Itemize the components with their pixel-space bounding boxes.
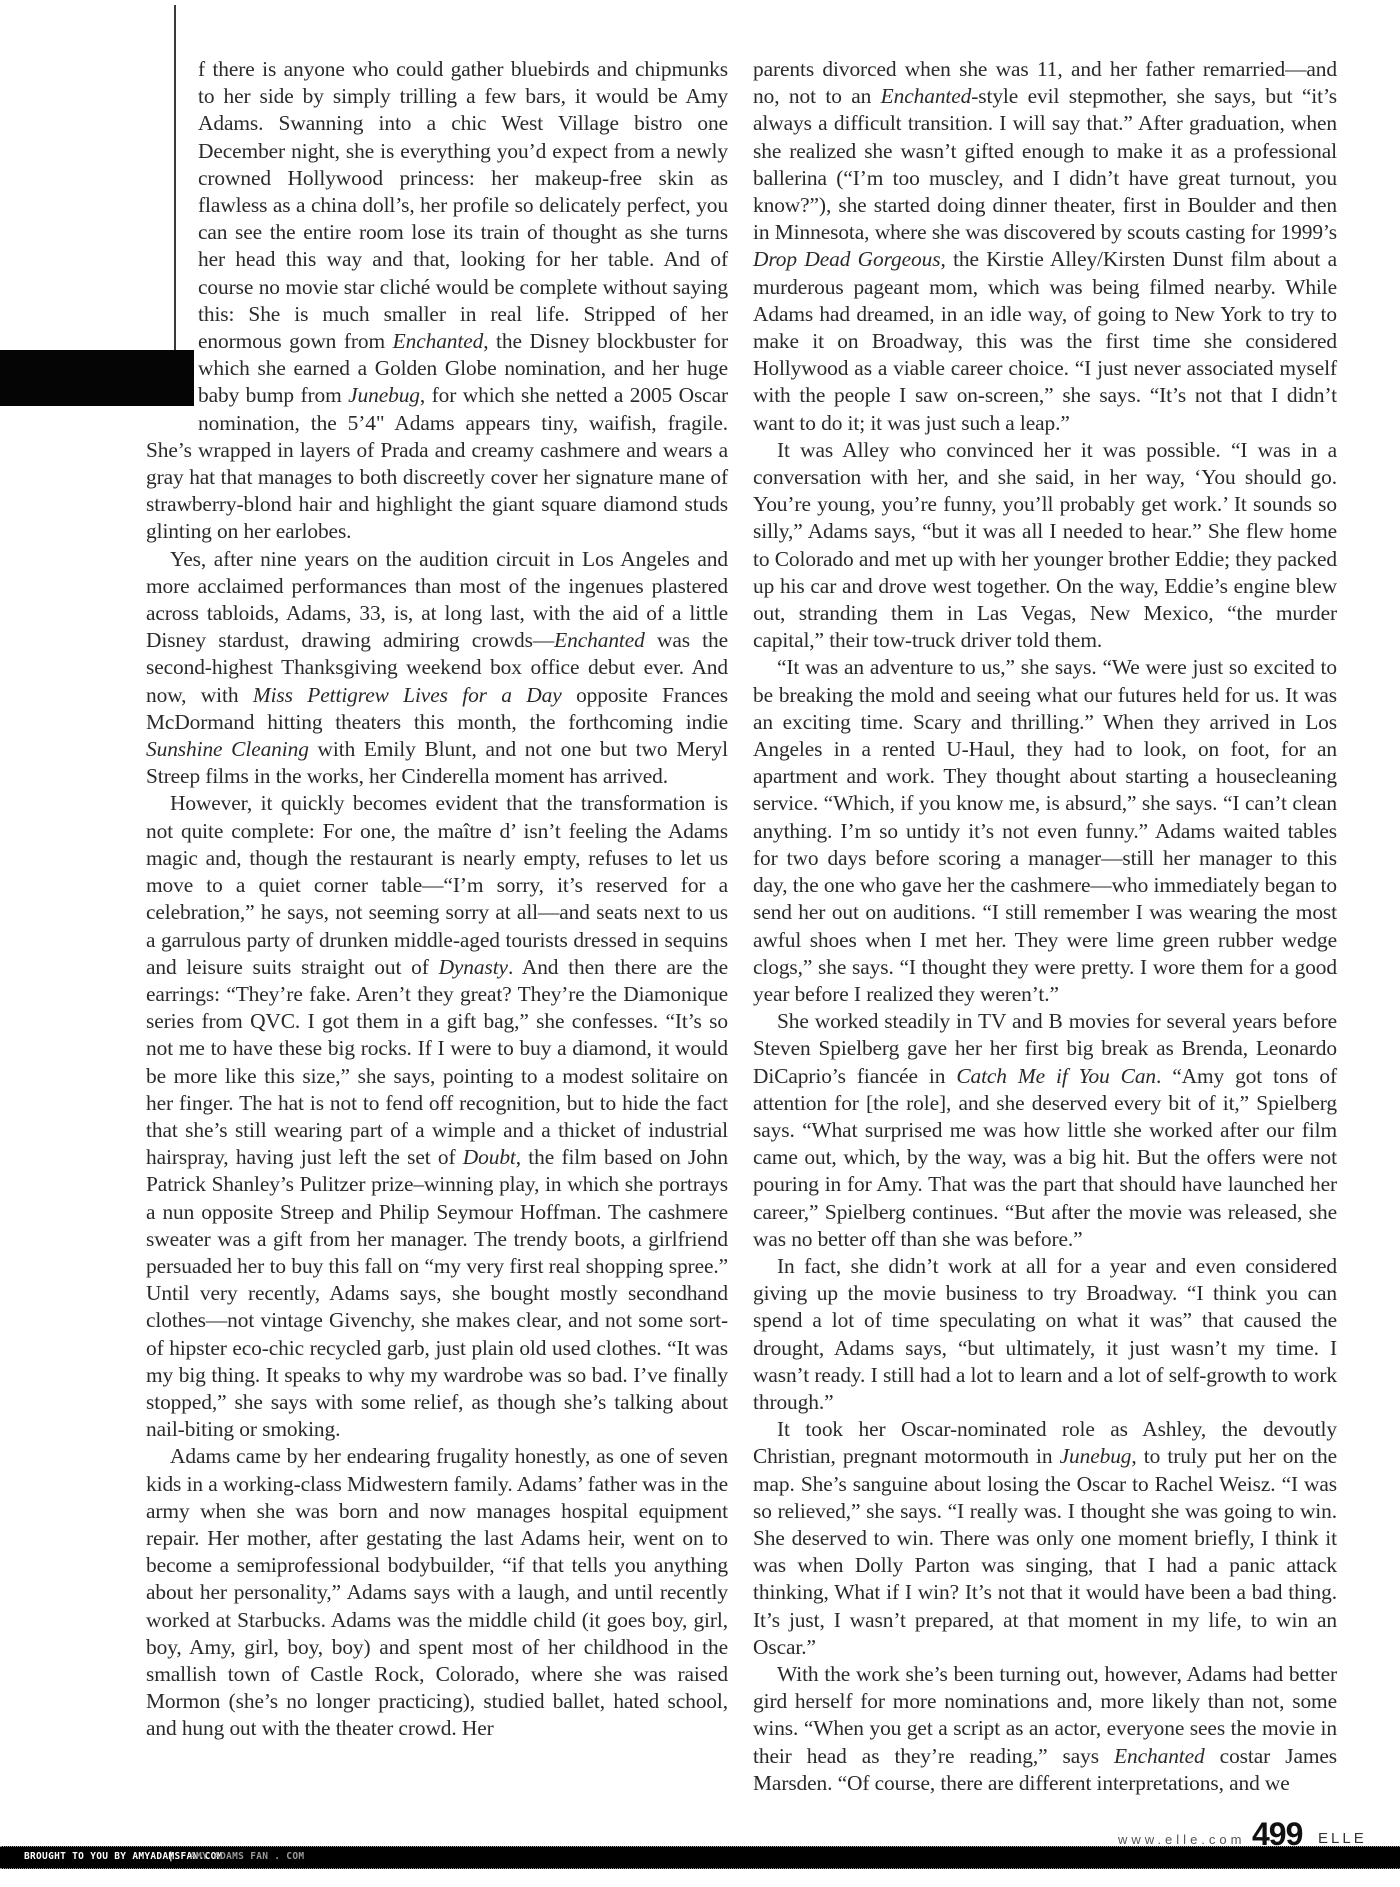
- italic-title: Catch Me if You Can: [956, 1064, 1156, 1088]
- article-paragraph: f there is anyone who could gather blueb…: [146, 56, 728, 546]
- article-paragraph: Adams came by her endearing frugality ho…: [146, 1443, 728, 1742]
- article-column-left: f there is anyone who could gather blueb…: [146, 56, 728, 1743]
- article-paragraph: Yes, after nine years on the audition ci…: [146, 546, 728, 791]
- italic-title: Drop Dead Gorgeous: [753, 247, 940, 271]
- article-paragraph: “It was an adventure to us,” she says. “…: [753, 654, 1337, 1008]
- italic-title: Junebug: [1060, 1444, 1132, 1468]
- italic-title: Enchanted: [393, 329, 484, 353]
- italic-title: Junebug: [348, 383, 420, 407]
- article-paragraph: With the work she’s been turning out, ho…: [753, 1661, 1337, 1797]
- italic-title: Doubt: [463, 1145, 516, 1169]
- drop-cap-space: [146, 56, 198, 410]
- article-paragraph: However, it quickly becomes evident that…: [146, 790, 728, 1443]
- article-paragraph: She worked steadily in TV and B movies f…: [753, 1008, 1337, 1253]
- italic-title: Enchanted: [881, 84, 972, 108]
- italic-title: Dynasty: [439, 955, 508, 979]
- article-paragraph: parents divorced when she was 11, and he…: [753, 56, 1337, 437]
- page-number: 499: [1252, 1819, 1302, 1849]
- article-column-right: parents divorced when she was 11, and he…: [753, 56, 1337, 1797]
- credit-site-link[interactable]: AMY ADAMS FAN . COM: [190, 1851, 304, 1862]
- italic-title: Miss Pettigrew Lives for a Day: [253, 683, 562, 707]
- italic-title: Sunshine Cleaning: [146, 737, 309, 761]
- article-paragraph: It was Alley who convinced her it was po…: [753, 437, 1337, 655]
- magazine-name: ELLE: [1318, 1830, 1367, 1847]
- article-paragraph: It took her Oscar-nominated role as Ashl…: [753, 1416, 1337, 1661]
- credit-bar: BROUGHT TO YOU BY AMYADAMSFAN.COM | AMY …: [0, 1846, 1400, 1869]
- credit-separator: |: [168, 1851, 174, 1862]
- article-paragraph: In fact, she didn’t work at all for a ye…: [753, 1253, 1337, 1416]
- footer-website: www.elle.com: [1118, 1832, 1245, 1847]
- magazine-page: f there is anyone who could gather blueb…: [0, 0, 1400, 1887]
- italic-title: Enchanted: [554, 628, 645, 652]
- italic-title: Enchanted: [1114, 1744, 1205, 1768]
